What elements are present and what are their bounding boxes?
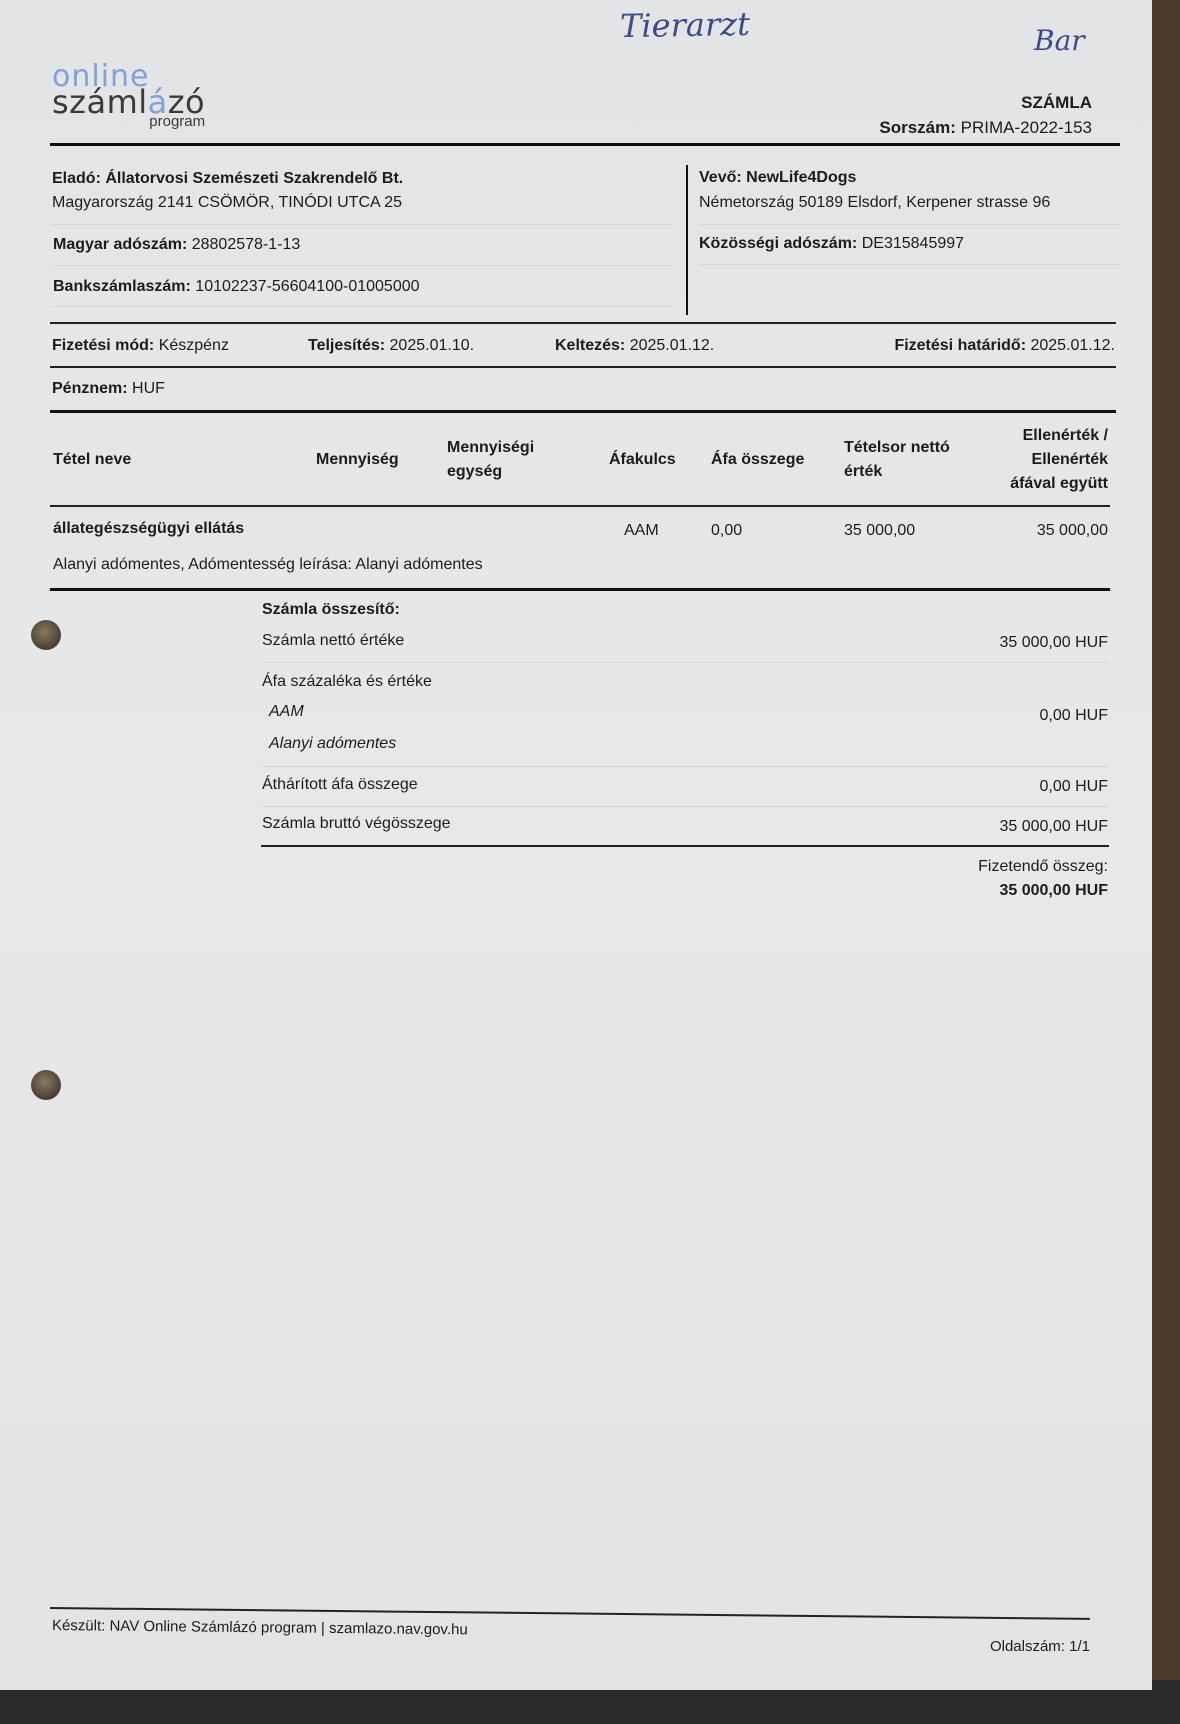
seller-address: Magyarország 2141 CSÖMÖR, TINÓDI UTCA 25 bbox=[52, 194, 402, 212]
divider bbox=[50, 366, 1116, 368]
divider bbox=[50, 410, 1116, 413]
buyer-name: Vevő: NewLife4Dogs bbox=[699, 169, 856, 187]
document-type: SZÁMLA bbox=[879, 90, 1092, 115]
item-vat-rate: AAM bbox=[624, 522, 659, 540]
item-name: állategészségügyi ellátás bbox=[53, 520, 244, 538]
online-szamlazo-logo: online számlázó program bbox=[52, 62, 205, 129]
seller-name: Eladó: Állatorvosi Szemészeti Szakrendel… bbox=[52, 170, 403, 188]
summary-passed-vat-label: Áthárított áfa összege bbox=[262, 776, 418, 794]
col-header-unit: Mennyiségiegység bbox=[447, 436, 534, 484]
divider bbox=[700, 264, 1120, 265]
divider bbox=[262, 806, 1108, 807]
summary-vat-code: AAM bbox=[269, 703, 304, 721]
divider bbox=[52, 224, 672, 225]
col-header-vat-rate: Áfakulcs bbox=[609, 448, 676, 472]
buyer-tax-id: Közösségi adószám: DE315845997 bbox=[699, 235, 964, 253]
divider bbox=[262, 662, 1108, 663]
handwritten-note-bar: Bar bbox=[1034, 24, 1085, 57]
currency: Pénznem: HUF bbox=[52, 380, 165, 398]
col-header-item-name: Tétel neve bbox=[53, 448, 131, 472]
invoice-paper: Tierarzt Bar online számlázó program SZÁ… bbox=[0, 0, 1152, 1690]
item-net-value: 35 000,00 bbox=[844, 522, 915, 540]
due-date: Fizetési határidő: 2025.01.12. bbox=[894, 337, 1115, 355]
summary-net-value: 35 000,00 HUF bbox=[999, 634, 1108, 652]
page-number: Oldalszám: 1/1 bbox=[990, 1638, 1090, 1655]
summary-vat-description: Alanyi adómentes bbox=[269, 735, 396, 753]
col-header-gross-value: Ellenérték /Ellenértékáfával együtt bbox=[1010, 424, 1108, 496]
item-note: Alanyi adómentes, Adómentesség leírása: … bbox=[53, 556, 483, 574]
table-header-divider bbox=[50, 505, 1110, 507]
punch-hole-bottom bbox=[31, 1070, 61, 1100]
summary-vat-code-value: 0,00 HUF bbox=[1040, 707, 1108, 725]
divider bbox=[52, 265, 672, 266]
col-header-quantity: Mennyiség bbox=[316, 448, 399, 472]
divider bbox=[700, 224, 1120, 225]
col-header-net-value: Tételsor nettóérték bbox=[844, 436, 950, 484]
header-divider bbox=[50, 143, 1120, 146]
summary-gross-value: 35 000,00 HUF bbox=[999, 818, 1108, 836]
document-header: SZÁMLA Sorszám: PRIMA-2022-153 bbox=[879, 90, 1092, 140]
buyer-address: Németország 50189 Elsdorf, Kerpener stra… bbox=[699, 194, 1050, 212]
divider bbox=[52, 306, 672, 307]
summary-net-label: Számla nettó értéke bbox=[262, 632, 404, 650]
divider bbox=[261, 845, 1109, 847]
summary-vat-label: Áfa százaléka és értéke bbox=[262, 673, 432, 691]
divider bbox=[50, 322, 1116, 324]
seller-bank-account: Bankszámlaszám: 10102237-56604100-010050… bbox=[53, 278, 420, 296]
handwritten-note-tierarzt: Tierarzt bbox=[620, 5, 751, 45]
footer-made-by: Készült: NAV Online Számlázó program | s… bbox=[52, 1617, 468, 1638]
divider bbox=[262, 766, 1108, 767]
item-gross-value: 35 000,00 bbox=[1037, 522, 1108, 540]
seller-tax-id: Magyar adószám: 28802578-1-13 bbox=[53, 236, 300, 254]
payable-amount: 35 000,00 HUF bbox=[999, 882, 1108, 900]
summary-passed-vat-value: 0,00 HUF bbox=[1040, 778, 1108, 796]
punch-hole-top bbox=[31, 620, 61, 650]
seller-buyer-separator bbox=[686, 165, 688, 315]
issue-date: Keltezés: 2025.01.12. bbox=[555, 337, 714, 355]
divider bbox=[50, 588, 1110, 591]
payable-label: Fizetendő összeg: bbox=[978, 858, 1108, 876]
item-vat-amount: 0,00 bbox=[711, 522, 742, 540]
payment-method: Fizetési mód: Készpénz bbox=[52, 337, 229, 355]
summary-title: Számla összesítő: bbox=[262, 601, 400, 619]
fulfillment-date: Teljesítés: 2025.01.10. bbox=[308, 337, 474, 355]
summary-gross-label: Számla bruttó végösszege bbox=[262, 815, 451, 833]
invoice-number: Sorszám: PRIMA-2022-153 bbox=[879, 115, 1092, 140]
col-header-vat-amount: Áfa összege bbox=[711, 448, 804, 472]
